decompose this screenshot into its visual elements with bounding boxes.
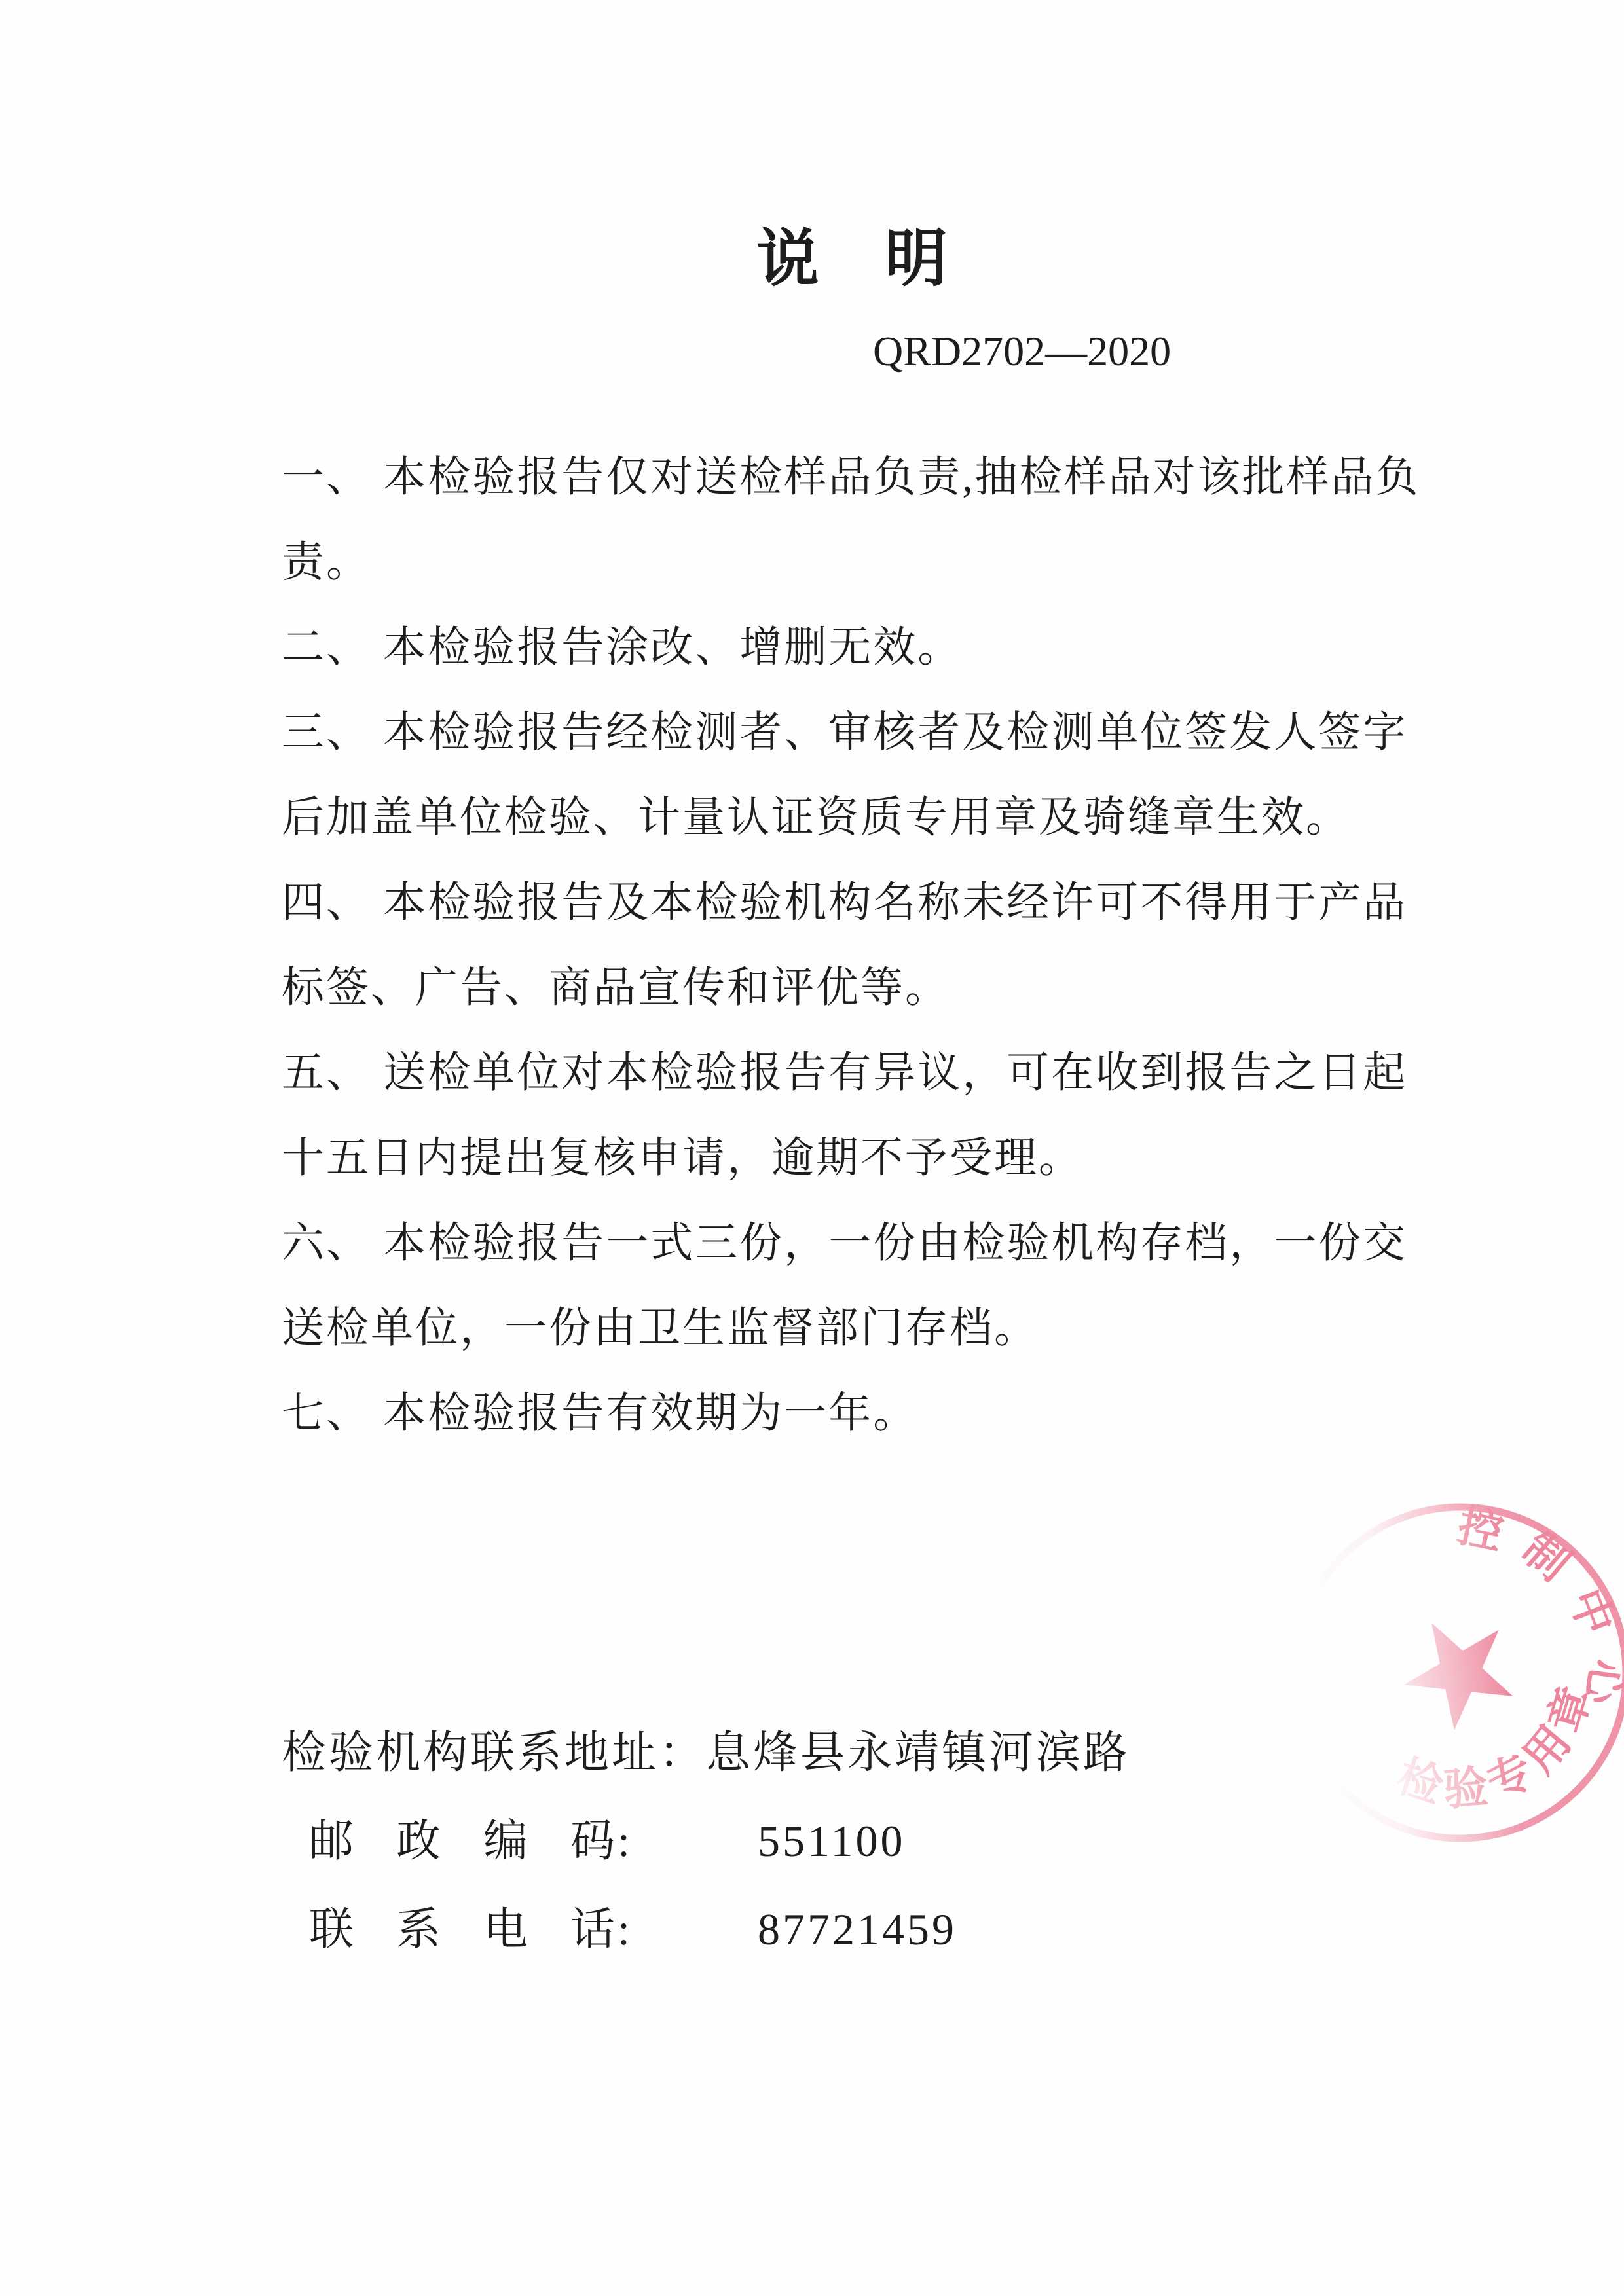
- seal-star-icon: [1404, 1623, 1513, 1730]
- phone-value: 87721459: [758, 1886, 957, 1974]
- note-line: 六、 本检验报告一式三份，一份由检验机构存档，一份交: [282, 1201, 1434, 1286]
- note-line: 五、 送检单位对本检验报告有异议，可在收到报告之日起: [282, 1030, 1434, 1116]
- note-line: 送检单位，一份由卫生监督部门存档。: [282, 1286, 1434, 1371]
- contact-address-row: 检验机构联系地址：息烽县永靖镇河滨路: [282, 1709, 1264, 1797]
- notes-list: 一、 本检验报告仅对送检样品负责,抽检样品对该批样品负责。二、 本检验报告涂改、…: [282, 435, 1434, 1456]
- note-line: 十五日内提出复核申请，逾期不予受理。: [282, 1116, 1434, 1201]
- report-notes-page: 说 明 QRD2702—2020 一、 本检验报告仅对送检样品负责,抽检样品对该…: [0, 0, 1624, 2296]
- phone-label: 联 系 电 话:: [309, 1904, 633, 1954]
- contact-phone-row: 联 系 电 话: 87721459: [282, 1886, 1264, 1974]
- note-line: 二、 本检验报告涂改、增删无效。: [282, 605, 1434, 690]
- note-line: 标签、广告、商品宣传和评优等。: [282, 945, 1434, 1030]
- contact-postal-row: 邮 政 编 码: 551100: [282, 1797, 1264, 1886]
- note-line: 三、 本检验报告经检测者、审核者及检测单位签发人签字: [282, 690, 1434, 775]
- postal-code-value: 551100: [758, 1797, 905, 1886]
- document-code: QRD2702—2020: [873, 331, 1171, 373]
- official-seal-stamp: 控制中心 检验专用章: [1244, 1460, 1624, 1886]
- postal-code-label: 邮 政 编 码:: [309, 1816, 633, 1866]
- note-line: 四、 本检验报告及本检验机构名称未经许可不得用于产品: [282, 860, 1434, 945]
- address-label: 检验机构联系地址：: [282, 1728, 706, 1777]
- note-line: 一、 本检验报告仅对送检样品负责,抽检样品对该批样品负: [282, 435, 1434, 520]
- note-line: 后加盖单位检验、计量认证资质专用章及骑缝章生效。: [282, 775, 1434, 860]
- address-value: 息烽县永靖镇河滨路: [706, 1728, 1130, 1777]
- note-line: 责。: [282, 520, 1434, 605]
- page-title: 说 明: [756, 228, 949, 291]
- note-line: 七、 本检验报告有效期为一年。: [282, 1371, 1434, 1456]
- contact-block: 检验机构联系地址：息烽县永靖镇河滨路 邮 政 编 码: 551100 联 系 电…: [282, 1709, 1264, 1974]
